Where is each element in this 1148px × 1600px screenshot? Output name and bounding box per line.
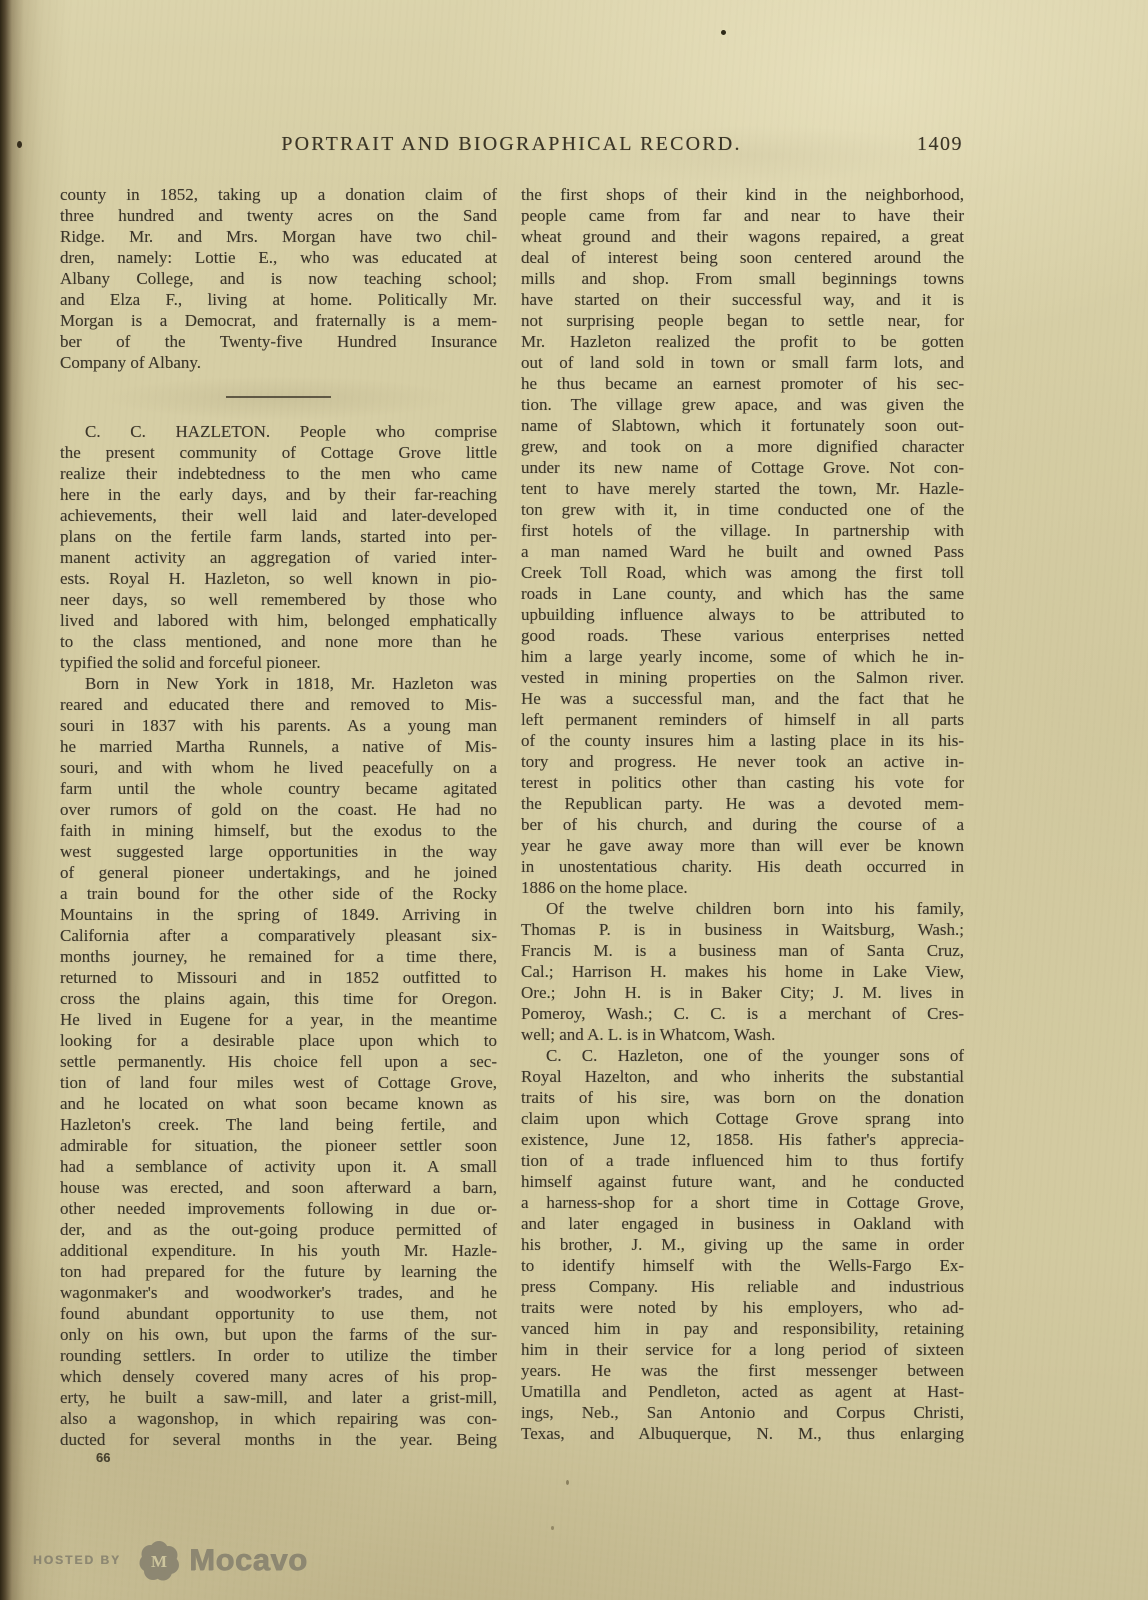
text-line: in unostentatious charity. His death occ… — [521, 856, 964, 877]
text-line: the Republican party. He was a devoted m… — [521, 793, 964, 814]
text-line: erty, he built a saw-mill, and later a g… — [60, 1387, 497, 1408]
text-line: had a semblance of activity upon it. A s… — [60, 1156, 497, 1177]
signature-number: 66 — [96, 1450, 110, 1465]
text-line: ton grew with it, in time conducted one … — [521, 499, 964, 520]
text-line: Pomeroy, Wash.; C. C. is a merchant of C… — [521, 1003, 964, 1024]
text-line: existence, June 12, 1858. His father's a… — [521, 1129, 964, 1150]
text-line: well; and A. L. is in Whatcom, Wash. — [521, 1024, 964, 1045]
text-line: souri in 1837 with his parents. As a you… — [60, 715, 497, 736]
ink-speck — [551, 1526, 554, 1530]
text-line: people came from far and near to have th… — [521, 205, 964, 226]
text-line: his brother, J. M., giving up the same i… — [521, 1234, 964, 1255]
text-line: out of land sold in town or small farm l… — [521, 352, 964, 373]
text-line: not surprising people began to settle ne… — [521, 310, 964, 331]
text-line: himself against future want, and he cond… — [521, 1171, 964, 1192]
text-line: Hazleton's creek. The land being fertile… — [60, 1114, 497, 1135]
text-line: and he located on what soon became known… — [60, 1093, 497, 1114]
text-line: reared and educated there and removed to… — [60, 694, 497, 715]
text-line: lived and labored with him, belonged emp… — [60, 610, 497, 631]
text-line: traits were noted by his employers, who … — [521, 1297, 964, 1318]
text-line: wheat ground and their wagons repaired, … — [521, 226, 964, 247]
text-line: tory and progress. He never took an acti… — [521, 751, 964, 772]
text-line: also a wagonshop, in which repairing was… — [60, 1408, 497, 1429]
text-line: ests. Royal H. Hazleton, so well known i… — [60, 568, 497, 589]
text-line: admirable for situation, the pioneer set… — [60, 1135, 497, 1156]
text-line: traits of his sire, was born on the dona… — [521, 1087, 964, 1108]
text-line: wagonmaker's and woodworker's trades, an… — [60, 1282, 497, 1303]
scanned-book-page: { "header": { "title": "PORTRAIT AND BIO… — [0, 0, 1148, 1600]
text-line: plans on the fertile farm lands, started… — [60, 526, 497, 547]
text-line: Creek Toll Road, which was among the fir… — [521, 562, 964, 583]
hosted-by-label: HOSTED BY — [33, 1553, 121, 1567]
text-line: Ore.; John H. is in Baker City; J. M. li… — [521, 982, 964, 1003]
text-line: tion of land four miles west of Cottage … — [60, 1072, 497, 1093]
running-title: PORTRAIT AND BIOGRAPHICAL RECORD. — [60, 131, 963, 157]
text-line: years. He was the first messenger betwee… — [521, 1360, 964, 1381]
text-line: Of the twelve children born into his fam… — [521, 898, 964, 919]
text-line: ducted for several months in the year. B… — [60, 1429, 497, 1450]
text-line: a train bound for the other side of the … — [60, 883, 497, 904]
page-header: PORTRAIT AND BIOGRAPHICAL RECORD. 1409 — [60, 131, 963, 157]
ink-speck — [17, 141, 22, 148]
text-line: ber of his church, and during the course… — [521, 814, 964, 835]
text-line: looking for a desirable place upon which… — [60, 1030, 497, 1051]
text-line: farm until the whole country became agit… — [60, 778, 497, 799]
text-line: Cal.; Harrison H. makes his home in Lake… — [521, 961, 964, 982]
text-line: settle permanently. His choice fell upon… — [60, 1051, 497, 1072]
text-line: ings, Neb., San Antonio and Corpus Chris… — [521, 1402, 964, 1423]
text-line: ton had prepared for the future by learn… — [60, 1261, 497, 1282]
text-line: a man named Ward he built and owned Pass — [521, 541, 964, 562]
text-line: of general pioneer undertakings, and he … — [60, 862, 497, 883]
text-line: him in their service for a long period o… — [521, 1339, 964, 1360]
text-line: dren, namely: Lottie E., who was educate… — [60, 247, 497, 268]
text-line: name of Slabtown, which it fortunately s… — [521, 415, 964, 436]
paragraph: C. C. HAZLETON. People who comprisethe p… — [60, 421, 497, 673]
text-line: he thus became an earnest promoter of hi… — [521, 373, 964, 394]
text-line: Morgan is a Democrat, and fraternally is… — [60, 310, 497, 331]
ink-speck — [721, 30, 726, 35]
mocavo-logo-text: Mocavo — [189, 1542, 307, 1578]
text-line: souri, and with whom he lived peacefully… — [60, 757, 497, 778]
text-line: 1886 on the home place. — [521, 877, 964, 898]
divider-rule — [226, 396, 331, 398]
paragraph: Born in New York in 1818, Mr. Hazleton w… — [60, 673, 497, 1450]
text-line: and later engaged in business in Oakland… — [521, 1213, 964, 1234]
text-line: grew, and took on a more dignified chara… — [521, 436, 964, 457]
text-line: good roads. These various enterprises ne… — [521, 625, 964, 646]
text-line: to identify himself with the Wells-Fargo… — [521, 1255, 964, 1276]
text-line: Thomas P. is in business in Waitsburg, W… — [521, 919, 964, 940]
paragraph: C. C. Hazleton, one of the younger sons … — [521, 1045, 964, 1444]
paragraph: the first shops of their kind in the nei… — [521, 184, 964, 898]
text-line: achievements, their well laid and later-… — [60, 505, 497, 526]
text-line: first hotels of the village. In partners… — [521, 520, 964, 541]
text-line: C. C. Hazleton, one of the younger sons … — [521, 1045, 964, 1066]
text-line: Royal Hazelton, and who inherits the sub… — [521, 1066, 964, 1087]
column-right: the first shops of their kind in the nei… — [521, 184, 964, 1444]
text-line: Francis M. is a business man of Santa Cr… — [521, 940, 964, 961]
text-line: faith in mining himself, but the exodus … — [60, 820, 497, 841]
mocavo-badge-icon: M — [137, 1538, 181, 1582]
text-line: terest in politics other than casting hi… — [521, 772, 964, 793]
text-line: have started on their successful way, an… — [521, 289, 964, 310]
text-line: Company of Albany. — [60, 352, 497, 373]
text-line: of the county insures him a lasting plac… — [521, 730, 964, 751]
text-line: tion. The village grew apace, and was gi… — [521, 394, 964, 415]
text-line: Albany College, and is now teaching scho… — [60, 268, 497, 289]
text-line: a harness-shop for a short time in Cotta… — [521, 1192, 964, 1213]
text-line: west suggested large opportunities in th… — [60, 841, 497, 862]
text-line: Born in New York in 1818, Mr. Hazleton w… — [60, 673, 497, 694]
text-line: press Company. His reliable and industri… — [521, 1276, 964, 1297]
text-line: here in the early days, and by their far… — [60, 484, 497, 505]
text-line: C. C. HAZLETON. People who comprise — [60, 421, 497, 442]
text-line: additional expenditure. In his youth Mr.… — [60, 1240, 497, 1261]
text-line: California after a comparatively pleasan… — [60, 925, 497, 946]
text-line: roads in Lane county, and which has the … — [521, 583, 964, 604]
text-line: neer days, so well remembered by those w… — [60, 589, 497, 610]
text-line: three hundred and twenty acres on the Sa… — [60, 205, 497, 226]
text-line: Mountains in the spring of 1849. Arrivin… — [60, 904, 497, 925]
text-line: vested in mining properties on the Salmo… — [521, 667, 964, 688]
text-line: tent to have merely started the town, Mr… — [521, 478, 964, 499]
paragraph: Of the twelve children born into his fam… — [521, 898, 964, 1045]
text-line: Mr. Hazleton realized the profit to be g… — [521, 331, 964, 352]
text-line: and Elza F., living at home. Politically… — [60, 289, 497, 310]
text-line: months journey, he remained for a time t… — [60, 946, 497, 967]
text-line: over rumors of gold on the coast. He had… — [60, 799, 497, 820]
text-line: year he gave away more than will ever be… — [521, 835, 964, 856]
text-line: tion of a trade influenced him to thus f… — [521, 1150, 964, 1171]
text-line: Umatilla and Pendleton, acted as agent a… — [521, 1381, 964, 1402]
text-line: left permanent reminders of himself in a… — [521, 709, 964, 730]
text-line: county in 1852, taking up a donation cla… — [60, 184, 497, 205]
text-line: upbuilding influence always to be attrib… — [521, 604, 964, 625]
text-line: the first shops of their kind in the nei… — [521, 184, 964, 205]
svg-text:M: M — [151, 1552, 167, 1571]
text-line: manent activity an aggregation of varied… — [60, 547, 497, 568]
text-line: He was a successful man, and the fact th… — [521, 688, 964, 709]
text-line: realize their indebtedness to the men wh… — [60, 463, 497, 484]
text-line: der, and as the out-going produce permit… — [60, 1219, 497, 1240]
column-left: county in 1852, taking up a donation cla… — [60, 184, 497, 1450]
text-line: to the class mentioned, and none more th… — [60, 631, 497, 652]
text-line: rounding settlers. In order to utilize t… — [60, 1345, 497, 1366]
text-line: mills and shop. From small beginnings to… — [521, 268, 964, 289]
text-line: cross the plains again, this time for Or… — [60, 988, 497, 1009]
section-divider — [60, 373, 497, 421]
text-line: found abundant opportunity to use them, … — [60, 1303, 497, 1324]
text-line: Ridge. Mr. and Mrs. Morgan have two chil… — [60, 226, 497, 247]
text-line: which densely covered many acres of his … — [60, 1366, 497, 1387]
text-line: only on his own, but upon the farms of t… — [60, 1324, 497, 1345]
paragraph: county in 1852, taking up a donation cla… — [60, 184, 497, 373]
text-line: typified the solid and forceful pioneer. — [60, 652, 497, 673]
text-line: deal of interest being soon centered aro… — [521, 247, 964, 268]
text-line: claim upon which Cottage Grove sprang in… — [521, 1108, 964, 1129]
page-number: 1409 — [917, 131, 963, 157]
text-line: He lived in Eugene for a year, in the me… — [60, 1009, 497, 1030]
text-line: under its new name of Cottage Grove. Not… — [521, 457, 964, 478]
text-line: returned to Missouri and in 1852 outfitt… — [60, 967, 497, 988]
text-line: he married Martha Runnels, a native of M… — [60, 736, 497, 757]
hosting-watermark: HOSTED BY M Mocavo — [33, 1534, 307, 1586]
text-line: Texas, and Albuquerque, N. M., thus enla… — [521, 1423, 964, 1444]
text-line: other needed improvements following in d… — [60, 1198, 497, 1219]
text-line: ber of the Twenty-five Hundred Insurance — [60, 331, 497, 352]
text-line: him a large yearly income, some of which… — [521, 646, 964, 667]
ink-speck — [566, 1480, 569, 1485]
text-line: house was erected, and soon afterward a … — [60, 1177, 497, 1198]
text-line: the present community of Cottage Grove l… — [60, 442, 497, 463]
text-line: vanced him in pay and responsibility, re… — [521, 1318, 964, 1339]
